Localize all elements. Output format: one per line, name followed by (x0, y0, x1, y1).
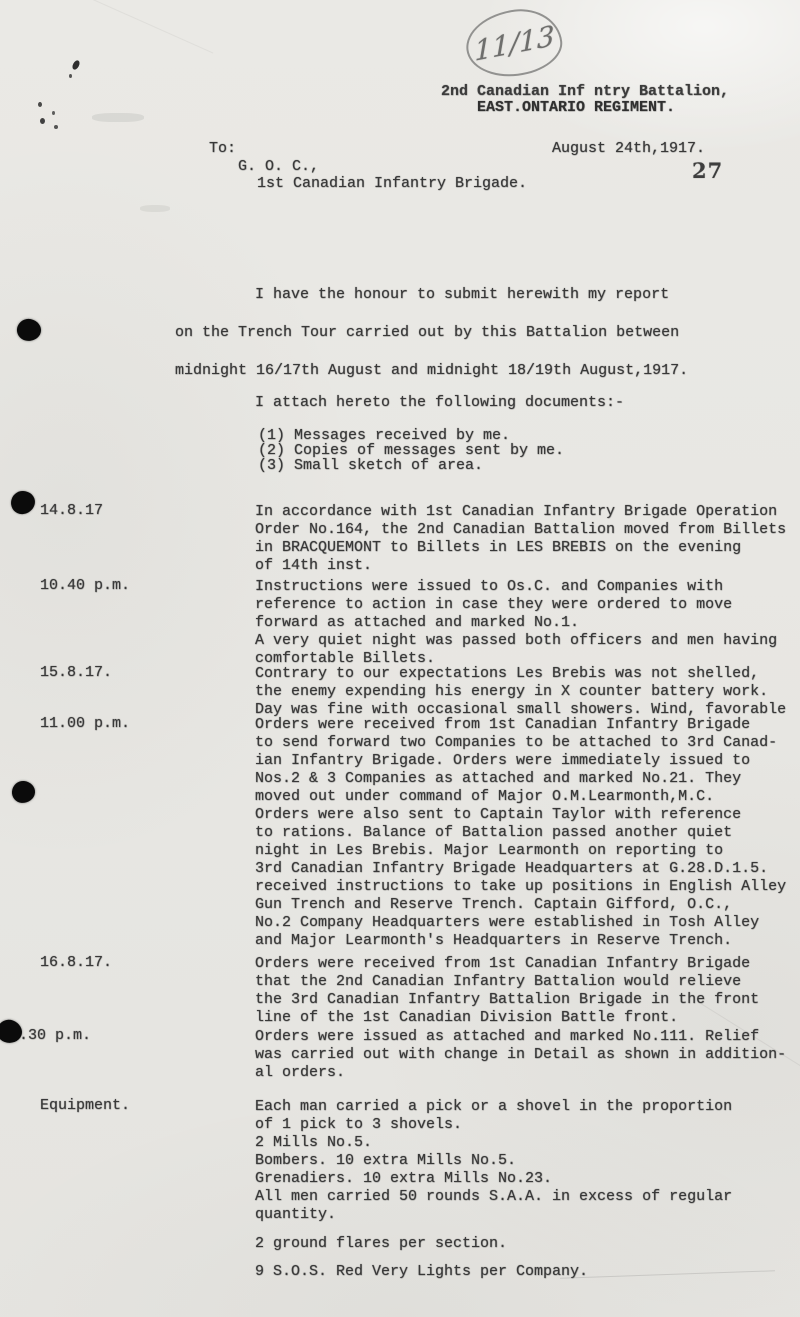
attachment-item: (2) Copies of messages sent by me. (175, 443, 688, 458)
attachment-item: (1) Messages received by me. (175, 428, 688, 443)
entry-text-line: ian Infantry Brigade. Orders were immedi… (255, 752, 790, 770)
entry-text-line: al orders. (255, 1064, 790, 1082)
document-date: August 24th,1917. (552, 141, 705, 157)
report-entry: Equipment.Each man carried a pick or a s… (40, 1098, 790, 1224)
handwritten-circled-note: 11/13 (462, 4, 565, 81)
entry-body: Orders were issued as attached and marke… (255, 1028, 790, 1082)
entry-text-line: 2 Mills No.5. (255, 1134, 790, 1152)
entry-text-line: Order No.164, the 2nd Canadian Battalion… (255, 521, 790, 539)
report-entry: 9 S.O.S. Red Very Lights per Company. (40, 1263, 790, 1281)
entry-text-line: to rations. Balance of Battalion passed … (255, 824, 790, 842)
intro-line: on the Trench Tour carried out by this B… (175, 325, 688, 341)
ink-smudge (140, 205, 170, 212)
report-entry: 10.40 p.m.Instructions were issued to Os… (40, 578, 790, 668)
report-entry: 11.00 p.m.Orders were received from 1st … (40, 716, 790, 950)
ink-speckle (40, 118, 45, 124)
report-entry: 16.8.17.Orders were received from 1st Ca… (40, 955, 790, 1027)
entry-text-line: quantity. (255, 1206, 790, 1224)
entry-text-line: Instructions were issued to Os.C. and Co… (255, 578, 790, 596)
report-entry: 14.8.17In accordance with 1st Canadian I… (40, 503, 790, 575)
entry-text-line: moved out under command of Major O.M.Lea… (255, 788, 790, 806)
entry-body: Orders were received from 1st Canadian I… (255, 716, 790, 950)
entry-text-line: 9 S.O.S. Red Very Lights per Company. (255, 1263, 790, 1281)
entry-body: In accordance with 1st Canadian Infantry… (255, 503, 790, 575)
ink-smudge (92, 113, 144, 122)
entry-text-line: 3rd Canadian Infantry Brigade Headquarte… (255, 860, 790, 878)
entry-body: Contrary to our expectations Les Brebis … (255, 665, 790, 719)
letterhead-unit: 2nd Canadian Inf ntry Battalion, (441, 84, 729, 100)
to-label: To: (209, 141, 236, 157)
entry-text-line: night in Les Brebis. Major Learmonth on … (255, 842, 790, 860)
entry-text-line: was carried out with change in Detail as… (255, 1046, 790, 1064)
entry-date-label: 11.00 p.m. (40, 716, 255, 732)
report-entry: 2 ground flares per section. (40, 1235, 790, 1253)
punch-hole (10, 489, 37, 515)
entry-text-line: the enemy expending his energy in X coun… (255, 683, 790, 701)
entry-text-line: Bombers. 10 extra Mills No.5. (255, 1152, 790, 1170)
intro-line: I have the honour to submit herewith my … (175, 287, 688, 303)
intro-paragraph: I have the honour to submit herewith my … (175, 287, 688, 473)
attach-line: I attach hereto the following documents:… (175, 395, 688, 411)
entry-text-line: 2 ground flares per section. (255, 1235, 790, 1253)
entry-text-line: the 3rd Canadian Infantry Battalion Brig… (255, 991, 790, 1009)
entry-date-label: 15.8.17. (40, 665, 255, 681)
punch-hole (15, 317, 43, 344)
page-number-stamp: 27 (692, 158, 723, 183)
addressee-brigade: 1st Canadian Infantry Brigade. (257, 176, 527, 192)
report-entry: 15.8.17.Contrary to our expectations Les… (40, 665, 790, 719)
entry-text-line: Gun Trench and Reserve Trench. Captain G… (255, 896, 790, 914)
entry-text-line: Contrary to our expectations Les Brebis … (255, 665, 790, 683)
ink-speckle (69, 74, 72, 78)
entry-text-line: No.2 Company Headquarters were establish… (255, 914, 790, 932)
entry-text-line: All men carried 50 rounds S.A.A. in exce… (255, 1188, 790, 1206)
entry-text-line: forward as attached and marked No.1. (255, 614, 790, 632)
entry-text-line: to send forward two Companies to be atta… (255, 734, 790, 752)
entry-text-line: Grenadiers. 10 extra Mills No.23. (255, 1170, 790, 1188)
entry-text-line: Nos.2 & 3 Companies as attached and mark… (255, 770, 790, 788)
entry-date-label: 14.8.17 (40, 503, 255, 519)
ink-speckle (71, 59, 81, 71)
entry-text-line: line of the 1st Canadian Division Battle… (255, 1009, 790, 1027)
report-entry: 2.30 p.m.Orders were issued as attached … (40, 1028, 790, 1082)
entry-text-line: of 14th inst. (255, 557, 790, 575)
entry-text-line: Orders were also sent to Captain Taylor … (255, 806, 790, 824)
entry-date-label: Equipment. (40, 1098, 255, 1114)
entry-text-line: A very quiet night was passed both offic… (255, 632, 790, 650)
entry-text-line: Each man carried a pick or a shovel in t… (255, 1098, 790, 1116)
entry-date-label: 16.8.17. (40, 955, 255, 971)
entry-text-line: reference to action in case they were or… (255, 596, 790, 614)
entry-date-label: 10.40 p.m. (40, 578, 255, 594)
entry-text-line: Orders were issued as attached and marke… (255, 1028, 790, 1046)
addressee-goc: G. O. C., (238, 159, 319, 175)
attachment-item: (3) Small sketch of area. (175, 458, 688, 473)
ink-speckle (52, 111, 55, 115)
punch-hole (11, 780, 36, 804)
entry-body: Instructions were issued to Os.C. and Co… (255, 578, 790, 668)
ink-speckle (54, 125, 58, 129)
entry-text-line: and Major Learmonth's Headquarters in Re… (255, 932, 790, 950)
circled-note-text: 11/13 (474, 19, 555, 68)
paper-crease (67, 0, 214, 53)
scanned-document-page: 11/13 2nd Canadian Inf ntry Battalion, E… (0, 0, 800, 1317)
entry-body: 2 ground flares per section. (255, 1235, 790, 1253)
intro-line: midnight 16/17th August and midnight 18/… (175, 363, 688, 379)
entry-body: 9 S.O.S. Red Very Lights per Company. (255, 1263, 790, 1281)
entry-text-line: received instructions to take up positio… (255, 878, 790, 896)
entry-date-label: 2.30 p.m. (10, 1028, 255, 1044)
letterhead-regiment: EAST.ONTARIO REGIMENT. (477, 100, 675, 116)
entry-text-line: of 1 pick to 3 shovels. (255, 1116, 790, 1134)
entry-body: Each man carried a pick or a shovel in t… (255, 1098, 790, 1224)
entry-text-line: Orders were received from 1st Canadian I… (255, 955, 790, 973)
entry-body: Orders were received from 1st Canadian I… (255, 955, 790, 1027)
report-entries: 14.8.17In accordance with 1st Canadian I… (40, 503, 790, 1281)
ink-speckle (38, 102, 42, 107)
entry-text-line: that the 2nd Canadian Infantry Battalion… (255, 973, 790, 991)
entry-text-line: In accordance with 1st Canadian Infantry… (255, 503, 790, 521)
entry-text-line: in BRACQUEMONT to Billets in LES BREBIS … (255, 539, 790, 557)
entry-text-line: Orders were received from 1st Canadian I… (255, 716, 790, 734)
